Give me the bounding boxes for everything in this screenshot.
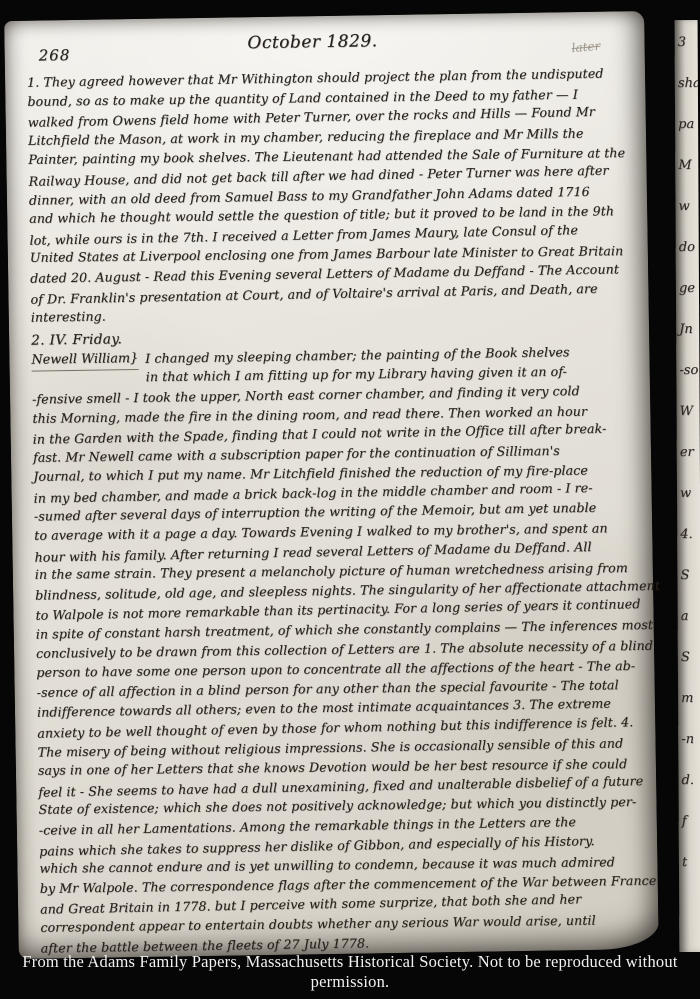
sliver-text-fragment: do bbox=[679, 241, 699, 255]
sliver-text-fragment: f bbox=[682, 815, 700, 829]
sliver-text-fragment: -so bbox=[679, 364, 699, 378]
page-header-date: October 1829. bbox=[26, 28, 598, 57]
sliver-text-fragment: -n bbox=[681, 733, 700, 747]
photo-frame: 268 October 1829. later 1. They agreed h… bbox=[0, 0, 700, 999]
sliver-text-fragment: S bbox=[681, 651, 700, 665]
next-page-sliver: 3shapaMwdogeJn-soWerw4.SaSm-nd.ft bbox=[675, 20, 700, 952]
sliver-text-fragment: t bbox=[682, 856, 700, 870]
sliver-text-fragment: pa bbox=[678, 118, 698, 132]
sliver-text-fragment: M bbox=[678, 159, 698, 173]
sliver-text-fragment: 4. bbox=[680, 528, 700, 542]
sliver-text-fragment: m bbox=[681, 692, 700, 706]
sliver-text-fragment: w bbox=[680, 487, 700, 501]
manuscript-page: 268 October 1829. later 1. They agreed h… bbox=[4, 11, 659, 959]
sliver-text-fragment: a bbox=[681, 610, 700, 624]
sliver-text-fragment: W bbox=[680, 405, 700, 419]
pencil-annotation: later bbox=[571, 39, 601, 55]
sliver-text-fragment: S bbox=[680, 569, 700, 583]
sliver-text-fragment: er bbox=[680, 446, 700, 460]
sliver-text-fragment: Jn bbox=[679, 323, 699, 337]
diary-entry-2-opening-lines: I changed my sleeping chamber; the paint… bbox=[145, 341, 644, 388]
margin-note-newell-william: Newell William} bbox=[31, 349, 138, 372]
sliver-text-fragment: ge bbox=[679, 282, 699, 296]
sliver-text-fragment: sha bbox=[678, 77, 698, 91]
diary-entry-2-body: -fensive smell - I took the upper, North… bbox=[32, 380, 653, 958]
page-header: 268 October 1829. later bbox=[26, 25, 638, 69]
sliver-text-fragment: 3 bbox=[678, 36, 698, 50]
sliver-text-fragment: w bbox=[679, 200, 699, 214]
sliver-text-fragment: d. bbox=[682, 774, 700, 788]
archive-caption: From the Adams Family Papers, Massachuse… bbox=[0, 952, 700, 992]
diary-entry-1: 1. They agreed however that Mr Withingto… bbox=[27, 63, 643, 327]
